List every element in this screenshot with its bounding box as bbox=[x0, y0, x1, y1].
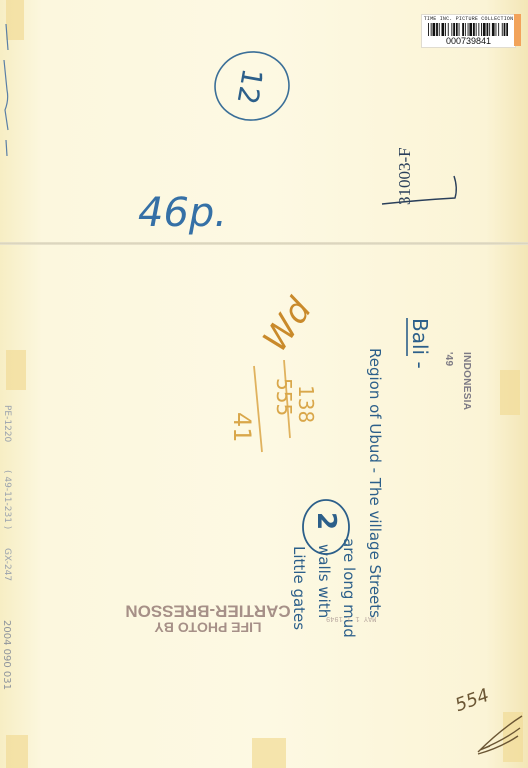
barcode-icon bbox=[428, 23, 508, 36]
circled-number-caption: 2 bbox=[311, 512, 341, 530]
left-note-2: ( 49-11-231 ) bbox=[2, 470, 12, 529]
barcode-number: 000739841 bbox=[422, 36, 515, 46]
tape-residue-bottom-center bbox=[252, 738, 286, 768]
pencil-note-138: 138 bbox=[294, 385, 318, 423]
tape-residue-left-middle bbox=[6, 350, 26, 390]
page-note: 46p. bbox=[138, 190, 227, 236]
caption-title: Bali - bbox=[408, 318, 432, 369]
barcode-title: TIME INC. PICTURE COLLECTION bbox=[422, 16, 515, 22]
credit-line-2: CARTIER-BRESSON bbox=[108, 602, 308, 620]
tape-residue-right bbox=[500, 370, 520, 415]
left-note-1b: PE-1220 bbox=[2, 405, 12, 442]
edge-scribble-icon bbox=[0, 20, 14, 160]
scribble-mark-icon bbox=[470, 710, 528, 760]
date-stamp: MAY 1 1 1949 bbox=[326, 612, 376, 630]
circled-number-top: 12 bbox=[230, 66, 269, 107]
left-note-group: ( 49-11-231 ) bbox=[2, 470, 12, 529]
credit-line-1: LIFE PHOTO BY bbox=[108, 620, 308, 635]
signature-scribble: Wd bbox=[255, 291, 319, 359]
label-edge-strip bbox=[514, 14, 521, 46]
tape-residue-left-bottom bbox=[6, 735, 28, 768]
caption-line-1: Region of Ubud - The village Streets bbox=[366, 348, 384, 618]
fold-crease bbox=[0, 242, 528, 245]
left-note-group-2: GX-247 bbox=[2, 548, 12, 581]
barcode-label: TIME INC. PICTURE COLLECTION 000739841 bbox=[421, 14, 516, 48]
left-note-group-0: PE-1220 bbox=[2, 405, 12, 442]
left-note-group-3: 2004 090 031 bbox=[1, 620, 12, 690]
bracket-mark-icon bbox=[380, 170, 460, 210]
pencil-note-41: 41 bbox=[228, 412, 256, 443]
pencil-note-555: 555 bbox=[272, 378, 296, 416]
underline-mark-icon bbox=[404, 318, 410, 358]
left-note-3: GX-247 bbox=[2, 548, 12, 581]
photo-back-sheet: TIME INC. PICTURE COLLECTION 000739841 1… bbox=[0, 0, 528, 768]
left-note-4: 2004 090 031 bbox=[1, 620, 12, 690]
country-stamp: INDONESIA '49 bbox=[441, 352, 477, 410]
credit-stamp: LIFE PHOTO BY CARTIER-BRESSON bbox=[108, 602, 308, 635]
